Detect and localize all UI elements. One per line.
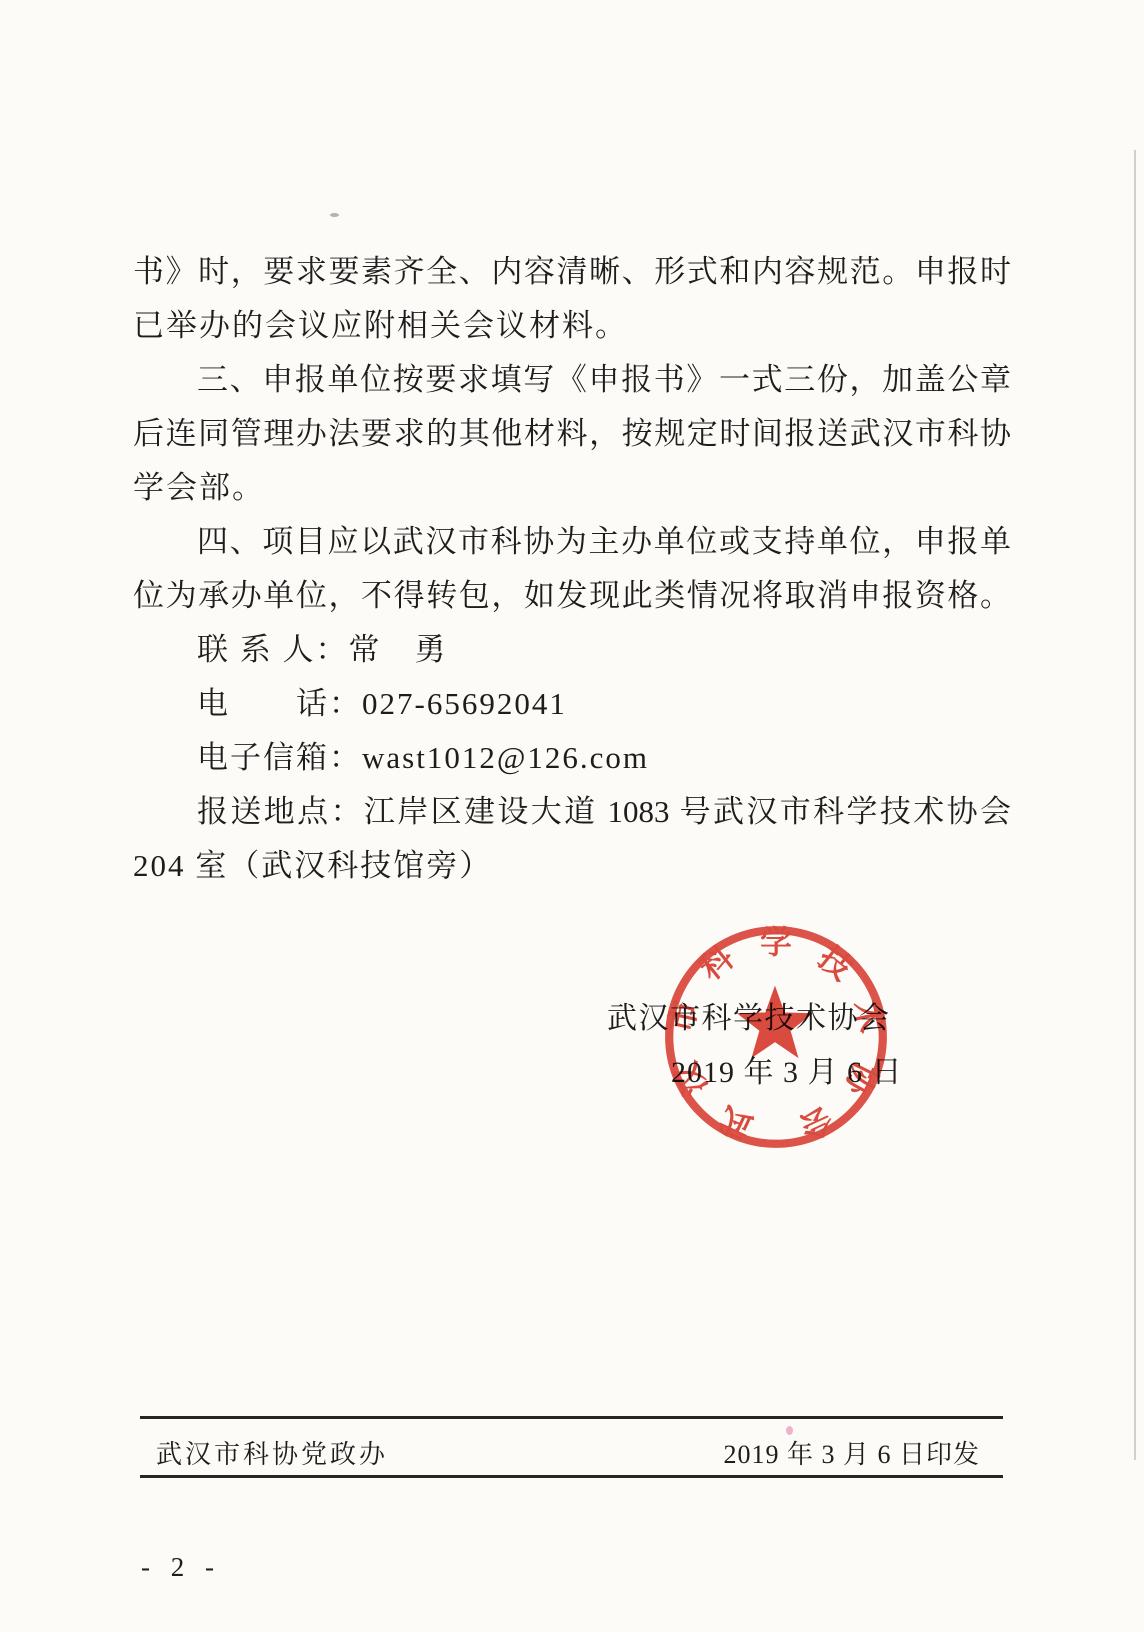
scan-artifact-edge-shadow <box>1134 150 1136 1460</box>
footer-print-date: 2019 年 3 月 6 日印发 <box>723 1439 980 1471</box>
body-text-block: 书》时，要求要素齐全、内容清晰、形式和内容规范。申报时 已举办的会议应附相关会议… <box>133 245 1011 893</box>
body-line: 学会部。 <box>133 461 1011 515</box>
svg-text:技: 技 <box>812 940 859 987</box>
scan-artifact-speck <box>330 213 339 217</box>
footer-top-rule <box>140 1416 1003 1419</box>
footer-issuer: 武汉市科协党政办 <box>156 1439 388 1471</box>
contact-person-line: 联 系 人：常 勇 <box>133 623 1011 677</box>
svg-text:科: 科 <box>693 939 740 987</box>
contact-email-line: 电子信箱：wast1012@126.com <box>133 731 1011 785</box>
body-line: 三、申报单位按要求填写《申报书》一式三份，加盖公章 <box>133 353 1011 407</box>
contact-phone-line: 电 话：027-65692041 <box>133 677 1011 731</box>
star-icon <box>737 986 813 1058</box>
delivery-address-line: 报送地点：江岸区建设大道 1083 号武汉市科学技术协会 <box>133 785 1011 839</box>
svg-text:市: 市 <box>663 997 704 1036</box>
body-line: 位为承办单位，不得转包，如发现此类情况将取消申报资格。 <box>133 569 1011 623</box>
body-line: 后连同管理办法要求的其他材料，按规定时间报送武汉市科协 <box>133 407 1011 461</box>
official-seal: 武汉市科学技术协会 <box>661 921 891 1153</box>
page-number: - 2 - <box>141 1551 221 1583</box>
body-line: 四、项目应以武汉市科协为主办单位或支持单位，申报单 <box>133 515 1011 569</box>
delivery-address-line-2: 204 室（武汉科技馆旁） <box>133 839 1011 893</box>
scan-artifact-speck <box>786 1426 793 1435</box>
body-line: 书》时，要求要素齐全、内容清晰、形式和内容规范。申报时 <box>133 245 1011 299</box>
document-page: 书》时，要求要素齐全、内容清晰、形式和内容规范。申报时 已举办的会议应附相关会议… <box>0 0 1144 1632</box>
body-line: 已举办的会议应附相关会议材料。 <box>133 299 1011 353</box>
footer-bottom-rule <box>140 1475 1003 1478</box>
svg-text:学: 学 <box>760 925 792 960</box>
